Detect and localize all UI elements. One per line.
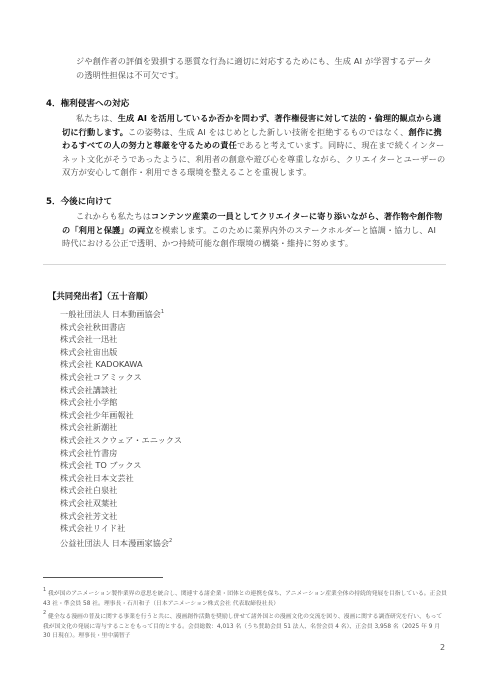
co-issuers-list: 一般社団法人 日本動画協会1 株式会社秋田書店 株式会社一迅社 株式会社宙出版 … (60, 306, 182, 549)
intro-line: の透明性担保は不可欠です。 (76, 69, 448, 83)
page-number: 2 (440, 643, 445, 652)
section-4-body: 私たちは、生成 AI を活用しているか否かを問わず、著作権侵害に対して法的・倫理… (62, 112, 447, 180)
issuer-item: 株式会社白泉社 (60, 484, 182, 497)
s5-seg: これからも私たちは (76, 211, 151, 221)
issuer-item: 一般社団法人 日本動画協会1 (60, 306, 182, 321)
issuer-item: 株式会社リイド社 (60, 522, 182, 535)
issuer-item: 株式会社 TO ブックス (60, 459, 182, 472)
section-divider (43, 264, 446, 265)
intro-continuation: ジや創作者の評価を毀損する悪質な行為に適切に対応するためにも、生成 AI が学習… (76, 55, 448, 82)
section-5-heading: 5．今後に向けて (46, 196, 112, 208)
issuer-item: 株式会社一迅社 (60, 333, 182, 346)
footnote-1: 1 我が国のアニメーション製作業界の意思を統合し、関連する諸企業・団体との連携を… (43, 586, 448, 609)
section-4-heading: 4．権利侵害への対応 (46, 98, 129, 110)
document-page: ジや創作者の評価を毀損する悪質な行為に適切に対応するためにも、生成 AI が学習… (0, 0, 490, 693)
issuer-item: 株式会社少年画報社 (60, 409, 182, 422)
co-issuers-title: 【共同発出者】（五十音順） (48, 290, 153, 302)
footnote-ref[interactable]: 1 (161, 309, 164, 315)
s4-seg: この姿勢は、生成 AI をはじめとした新しい技術を拒絶するものではなく、 (128, 127, 408, 137)
issuer-item: 株式会社新潮社 (60, 421, 182, 434)
footnote-ref[interactable]: 2 (169, 538, 172, 544)
issuer-item: 株式会社日本文芸社 (60, 472, 182, 485)
issuer-item: 株式会社スクウェア・エニックス (60, 434, 182, 447)
issuer-item: 株式会社 KADOKAWA (60, 358, 182, 371)
intro-line: ジや創作者の評価を毀損する悪質な行為に適切に対応するためにも、生成 AI が学習… (76, 55, 448, 69)
footnote-rule (43, 577, 163, 578)
footnotes: 1 我が国のアニメーション製作業界の意思を統合し、関連する諸企業・団体との連携を… (43, 586, 448, 642)
footnote-2: 2 健全なる漫画の普及に関する事業を行うと共に、漫画創作活動を奨励し併せて諸外国… (43, 609, 448, 642)
section-5-body: これからも私たちはコンテンツ産業の一員としてクリエイターに寄り添いながら、著作物… (62, 210, 447, 251)
issuer-item: 株式会社芳文社 (60, 510, 182, 523)
issuer-item: 株式会社講談社 (60, 384, 182, 397)
issuer-item: 株式会社コアミックス (60, 371, 182, 384)
issuer-item: 株式会社小学館 (60, 396, 182, 409)
s4-seg: 私たちは、 (76, 113, 118, 123)
issuer-item: 株式会社宙出版 (60, 346, 182, 359)
issuer-item: 株式会社双葉社 (60, 497, 182, 510)
issuer-item: 株式会社竹書房 (60, 447, 182, 460)
issuer-item: 公益社団法人 日本漫画家協会2 (60, 535, 182, 550)
issuer-item: 株式会社秋田書店 (60, 321, 182, 334)
